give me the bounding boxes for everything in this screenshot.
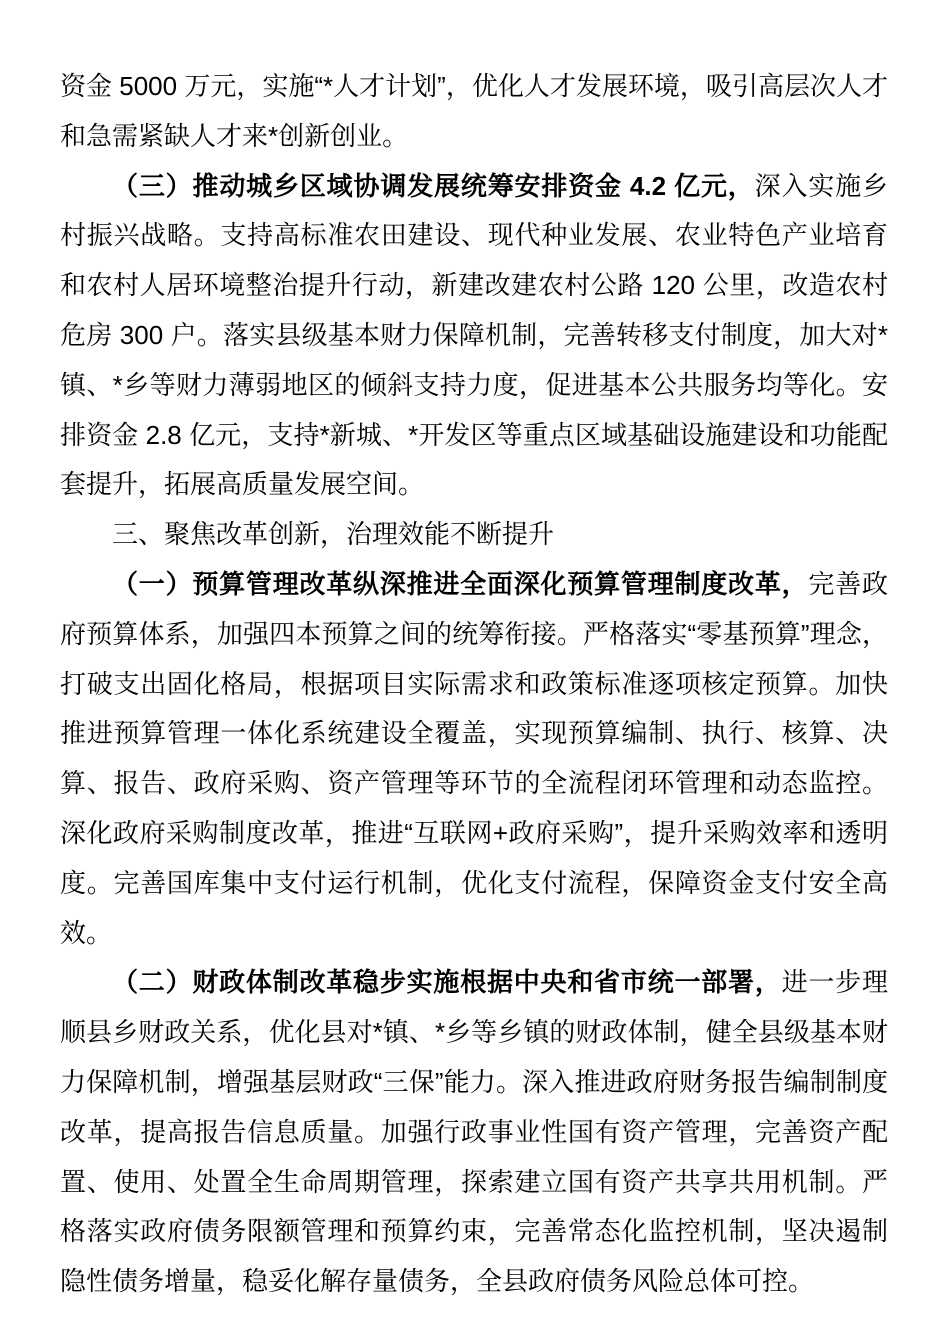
text-run: 进一步理顺县乡财政关系，优化县对*镇、*乡等乡镇的财政体制，健全县级基本财力保障… (60, 967, 888, 1296)
word-document-page: 资金 5000 万元，实施“*人才计划”，优化人才发展环境，吸引高层次人才和急需… (0, 0, 950, 1344)
text-run: 完善政府预算体系，加强四本预算之间的统筹衔接。严格落实“零基预算”理念，打破支出… (60, 569, 888, 948)
paragraph-item-1-budget-reform: （一）预算管理改革纵深推进全面深化预算管理制度改革，完善政府预算体系，加强四本预… (60, 560, 888, 958)
text-run: 资金 5000 万元，实施“*人才计划”，优化人才发展环境，吸引高层次人才和急需… (60, 71, 888, 151)
text-run: 深入实施乡村振兴战略。支持高标准农田建设、现代种业发展、农业特色产业培育和农村人… (60, 171, 888, 500)
paragraph-item-2-fiscal-system-reform: （二）财政体制改革稳步实施根据中央和省市统一部署，进一步理顺县乡财政关系，优化县… (60, 958, 888, 1307)
heading-part-3-reform-innovation: 三、聚焦改革创新，治理效能不断提升 (60, 510, 888, 560)
paragraph-continuation-talent: 资金 5000 万元，实施“*人才计划”，优化人才发展环境，吸引高层次人才和急需… (60, 62, 888, 162)
text-run: 三、聚焦改革创新，治理效能不断提升 (112, 519, 554, 549)
bold-run: （一）预算管理改革纵深推进全面深化预算管理制度改革， (112, 569, 808, 599)
bold-run: （三）推动城乡区域协调发展统筹安排资金 4.2 亿元， (112, 171, 755, 201)
document-body: 资金 5000 万元，实施“*人才计划”，优化人才发展环境，吸引高层次人才和急需… (60, 62, 888, 1307)
bold-run: （二）财政体制改革稳步实施根据中央和省市统一部署， (112, 967, 782, 997)
paragraph-section-3-urban-rural: （三）推动城乡区域协调发展统筹安排资金 4.2 亿元，深入实施乡村振兴战略。支持… (60, 162, 888, 511)
